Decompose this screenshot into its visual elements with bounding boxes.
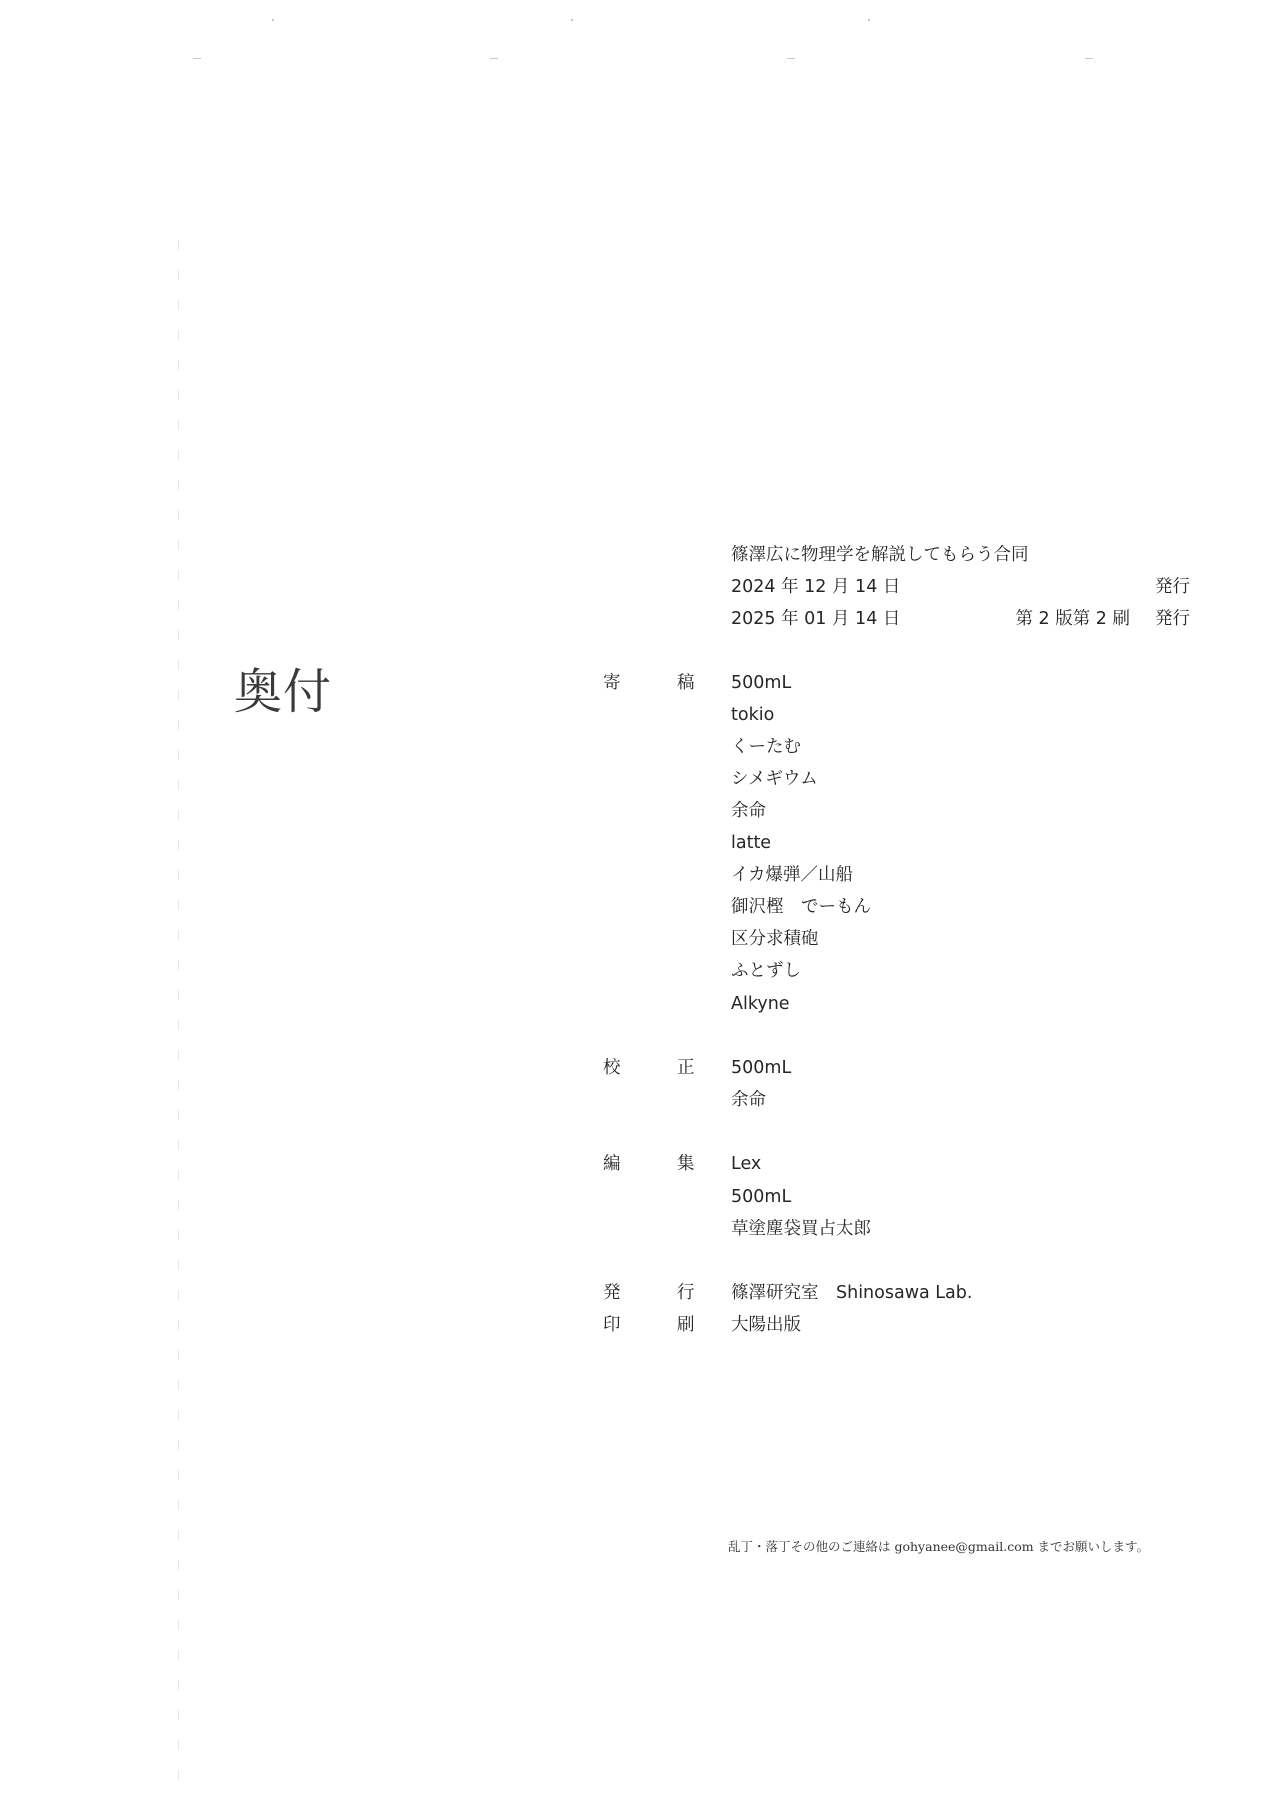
scan-speck	[1085, 58, 1093, 59]
credit-name: 500mL	[731, 672, 791, 694]
credit-name: Lex	[731, 1153, 761, 1175]
credit-name: 余命	[731, 1089, 766, 1111]
credit-label: 行	[677, 1282, 695, 1304]
credit-name: 500mL	[731, 1186, 791, 1208]
edition-status: 発行	[1155, 608, 1190, 630]
edition-number: 第 2 版第 2 刷	[1015, 608, 1130, 630]
credit-label: 稿	[677, 672, 695, 694]
credit-label: 校	[603, 1057, 621, 1079]
credit-name: イカ爆弾／山船	[731, 864, 853, 886]
credit-label: 編	[603, 1153, 621, 1175]
scan-speck	[787, 58, 795, 59]
credit-name: シメギウム	[731, 768, 818, 790]
credit-name: 篠澤研究室 Shinosawa Lab.	[731, 1282, 972, 1304]
credit-name: Alkyne	[731, 993, 790, 1015]
credit-name: くーたむ	[731, 736, 801, 758]
credit-name: 草塗塵袋買占太郎	[731, 1218, 871, 1240]
credit-name: 500mL	[731, 1057, 791, 1079]
contact-note: 乱丁・落丁その他のご連絡は gohyanee@gmail.com までお願いしま…	[728, 1537, 1149, 1557]
page-title: 奥付	[234, 662, 332, 722]
credit-label: 発	[603, 1282, 621, 1304]
credit-name: 大陽出版	[731, 1314, 801, 1336]
credit-label: 寄	[603, 672, 621, 694]
scan-speck	[571, 19, 573, 21]
scan-speck	[490, 58, 498, 59]
credit-label: 印	[603, 1314, 621, 1336]
credit-name: 御沢樫 でーもん	[731, 896, 871, 918]
credit-name: 余命	[731, 800, 766, 822]
credit-name: tokio	[731, 704, 774, 726]
credit-label: 刷	[677, 1314, 695, 1336]
credit-label: 正	[677, 1057, 695, 1079]
credit-name: latte	[731, 832, 771, 854]
credit-name: 区分求積砲	[731, 928, 819, 950]
scan-edge-line	[178, 240, 179, 1800]
edition-date: 2025 年 01 月 14 日	[731, 608, 900, 630]
credit-label: 集	[677, 1153, 695, 1175]
book-title: 篠澤広に物理学を解説してもらう合同	[731, 544, 1029, 566]
scan-speck	[272, 19, 274, 21]
scan-speck	[193, 58, 201, 59]
scan-speck	[868, 19, 870, 21]
credit-name: ふとずし	[731, 960, 801, 982]
edition-status: 発行	[1155, 576, 1190, 598]
edition-date: 2024 年 12 月 14 日	[731, 576, 900, 598]
